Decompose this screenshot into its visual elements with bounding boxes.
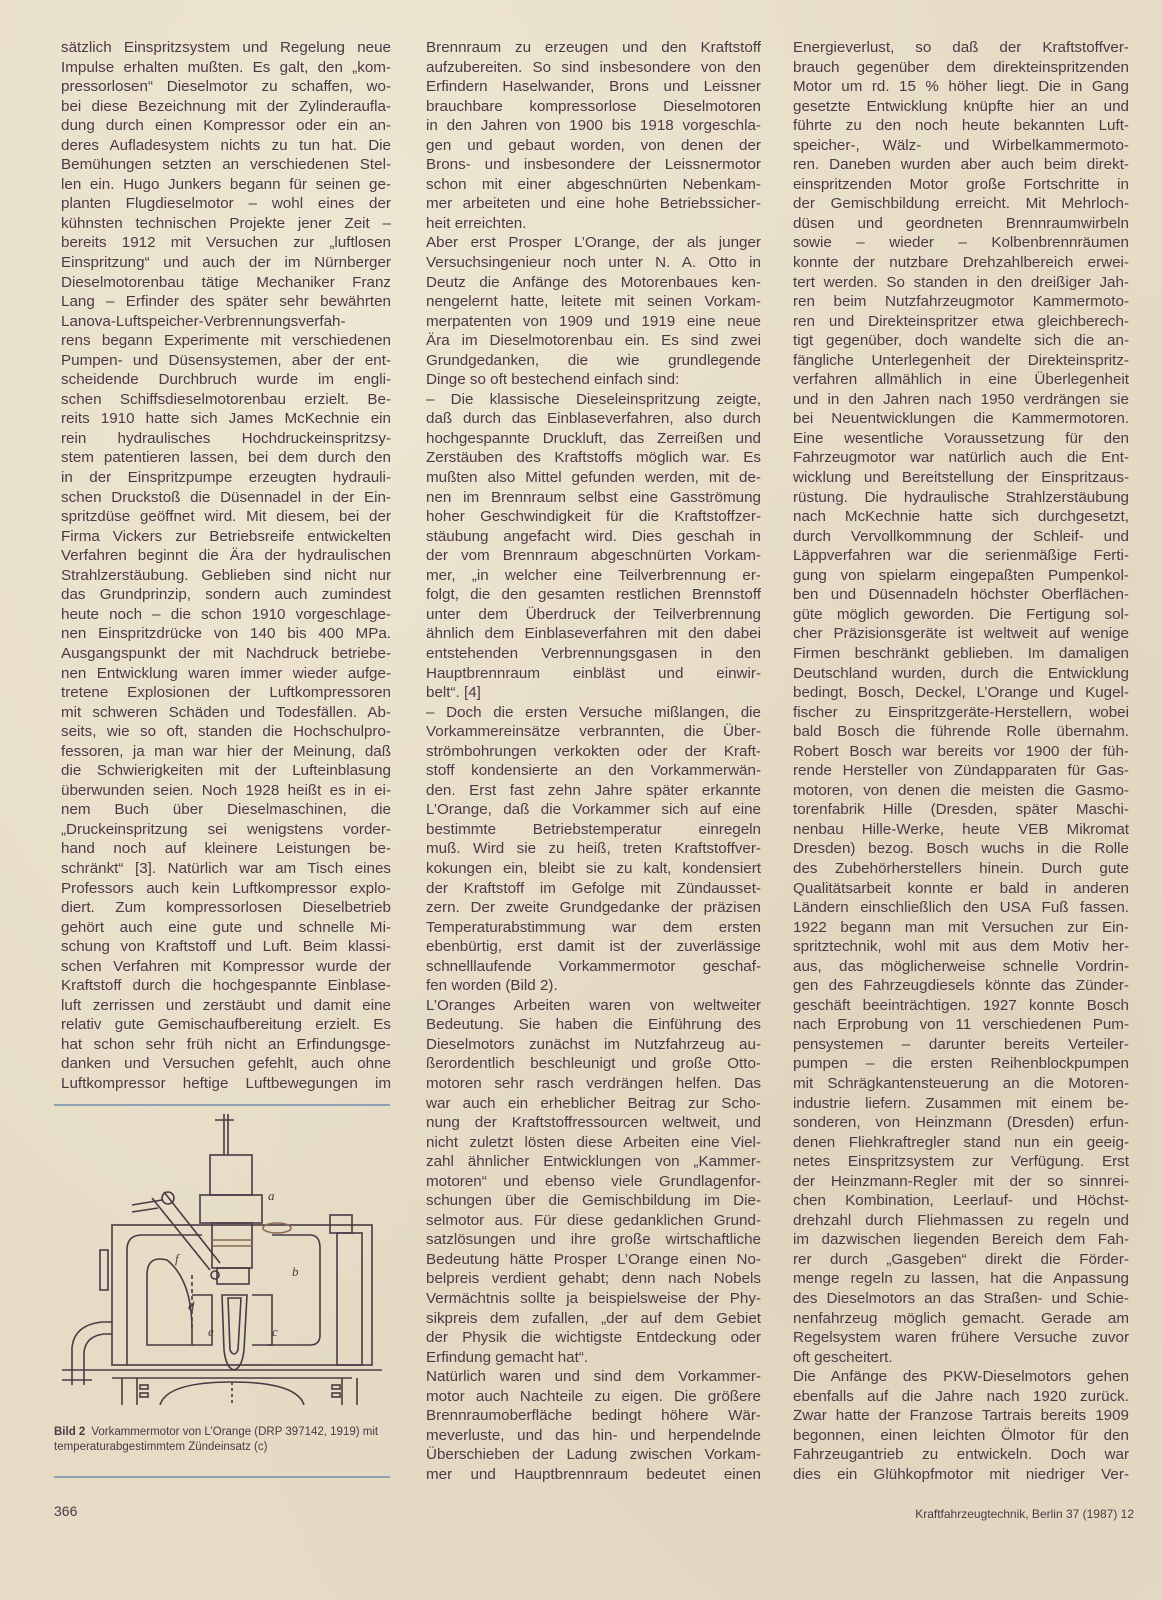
text-line: einspritzenden Motor große Fortschritte …: [793, 175, 1129, 195]
text-line: strömbohrungen verkokten oder der Kraft-: [426, 742, 761, 762]
text-line: brauch gegenüber dem direkteinspritzende…: [793, 58, 1129, 78]
text-line: tert werden. So standen in den dreißiger…: [793, 273, 1129, 293]
text-line: konnte der nutzbare Drehzahlbereich erwe…: [793, 253, 1129, 273]
text-line: war auch ein erheblicher Beitrag zur Sch…: [426, 1094, 761, 1114]
figure-label-c: c: [272, 1324, 278, 1339]
text-line: nen Entwicklung waren immer wieder aufge…: [61, 664, 391, 684]
text-line: unter dem Überdruck der Teilverbrennung: [426, 605, 761, 625]
text-line: Grundgedanken, die wie grundlegende: [426, 351, 761, 371]
text-line: der Kraftstoff im Gefolge mit Zündausset…: [426, 879, 761, 899]
text-line: schen Druckstoß die Düsennadel in der Ei…: [61, 488, 391, 508]
text-line: Motor um rd. 15 % höher liegt. Die in Ga…: [793, 77, 1129, 97]
text-line: tigt gegenüber, doch wandelte sich die a…: [793, 331, 1129, 351]
text-line: Aber erst Prosper L’Orange, der als jung…: [426, 233, 761, 253]
text-line: Die Anfänge des PKW-Dieselmotors gehen: [793, 1367, 1129, 1387]
text-line: Firma Vickers zur Betriebsreife entwicke…: [61, 527, 391, 547]
text-line: reits 1910 hatte sich James McKechnie ei…: [61, 409, 391, 429]
text-line: düsen und geordneten Brennraumwirbeln: [793, 214, 1129, 234]
text-line: kühnsten technischen Projekte jener Zeit…: [61, 214, 391, 234]
text-line: Ländern einschließlich den USA Fuß fasse…: [793, 898, 1129, 918]
text-line: und in den Jahren nach 1950 verdrängen s…: [793, 390, 1129, 410]
text-line: fängliche Unterlegenheit der Direkteinsp…: [793, 351, 1129, 371]
text-line: nach Erprobung von 11 verschiedenen Pum-: [793, 1015, 1129, 1035]
text-line: zern. Der zweite Grundgedanke der präzis…: [426, 898, 761, 918]
text-line: rüstung. Die hydraulische Strahlzerstäub…: [793, 488, 1129, 508]
text-line: pensystemen – darunter bereits Verteiler…: [793, 1035, 1129, 1055]
text-line: dung durch einen Kompressor oder ein an-: [61, 116, 391, 136]
text-line: mit schweren Schäden und Todesfällen. Ab…: [61, 703, 391, 723]
text-line: schung von Kraftstoff und Luft. Beim kla…: [61, 937, 391, 957]
text-line: Brennraumoberfläche bedingt höhere Wär-: [426, 1406, 761, 1426]
text-line: stoff kondensierte an den Vorkammerwän-: [426, 761, 761, 781]
text-line: selmotor aus. Für diese gedanklichen Gru…: [426, 1211, 761, 1231]
text-line: menge regeln zu lassen, hat die Anpassun…: [793, 1269, 1129, 1289]
text-line: ren beim Nutzfahrzeugmotor Kammermoto-: [793, 292, 1129, 312]
text-line: 1922 begann man mit Versuchen zur Ein-: [793, 918, 1129, 938]
text-line: Fahrzeugantrieb zu entwickeln. Doch war: [793, 1445, 1129, 1465]
text-line: nicht zuletzt lösten diese Arbeiten eine…: [426, 1133, 761, 1153]
text-line: Hauptbrennraum einbläst und einwir-: [426, 664, 761, 684]
text-line: Dinge so oft bestechend einfach sind:: [426, 370, 761, 390]
text-line: cher Präzisionsgeräte ist weltweit auf w…: [793, 624, 1129, 644]
text-line: Impulse erhalten mußten. Es galt, den „k…: [61, 58, 391, 78]
text-line: L’Orange, daß die Vorkammer sich auf ein…: [426, 800, 761, 820]
text-line: motor auch Nachteile zu eigen. Die größe…: [426, 1387, 761, 1407]
text-line: fischer zu Einspritzgeräte-Herstellern, …: [793, 703, 1129, 723]
text-line: den. Erst fast zehn Jahre später erkannt…: [426, 781, 761, 801]
text-line: aus, das möglicherweise schnelle Vordrin…: [793, 957, 1129, 977]
text-line: stäubung angefacht wird. Dies geschah in: [426, 527, 761, 547]
text-line: – Die klassische Dieseleinspritzung zeig…: [426, 390, 761, 410]
text-line: Eine wesentliche Voraussetzung für den: [793, 429, 1129, 449]
text-line: führte zu den noch heute bekannten Luft-: [793, 116, 1129, 136]
engine-cross-section-drawing: a b c d e f: [52, 1100, 392, 1405]
text-line: Natürlich waren und sind dem Vorkammer-: [426, 1367, 761, 1387]
text-line: schen Verfahren mit Kompressor wurde der: [61, 957, 391, 977]
text-line: ebenfalls auf die Jahre nach 1920 zurück…: [793, 1387, 1129, 1407]
text-line: pressorlosen“ Dieselmotor zu schaffen, w…: [61, 77, 391, 97]
text-line: Professors auch kein Luftkompressor expl…: [61, 879, 391, 899]
text-line: muß. Wird sie zu heiß, treten Kraftstoff…: [426, 839, 761, 859]
figure-caption-label: Bild 2: [54, 1426, 85, 1438]
text-line: mußten also Mittel gefunden werden, mit …: [426, 468, 761, 488]
text-line: rein hydraulisches Hochdruckeinspritzsy-: [61, 429, 391, 449]
text-line: ähnlich dem Einblaseverfahren mit den da…: [426, 624, 761, 644]
text-line: mer, „in welcher eine Teilverbrennung er…: [426, 566, 761, 586]
figure-caption-text: Vorkammermotor von L’Orange (DRP 397142,…: [54, 1426, 378, 1453]
text-line: gen und gebaut worden, von denen der: [426, 136, 761, 156]
figure-label-f: f: [175, 1251, 181, 1266]
text-line: chen Kombination, Leerlauf- und Höchst-: [793, 1191, 1129, 1211]
text-line: merpatenten von 1909 und 1919 eine neue: [426, 312, 761, 332]
text-line: schränkt“ [3]. Natürlich war am Tisch ei…: [61, 859, 391, 879]
text-line: kokungen ein, bleibt sie zu kalt, konden…: [426, 859, 761, 879]
text-line: Qualitätsarbeit konnte er bald in andere…: [793, 879, 1129, 899]
text-line: der vom Brennraum abgeschnürten Vorkam-: [426, 546, 761, 566]
text-line: schen Schiffsdieselmotorenbau erzielt. B…: [61, 390, 391, 410]
text-line: torenfabrik Hille (Dresden, später Masch…: [793, 800, 1129, 820]
text-line: Überschieben der Ladung zwischen Vorkam-: [426, 1445, 761, 1465]
text-line: Energieverlust, so daß der Kraftstoffver…: [793, 38, 1129, 58]
figure-label-a: a: [268, 1188, 275, 1203]
text-line: Regelsystem waren frühere Versuche zuvor: [793, 1328, 1129, 1348]
text-line: aufzubereiten. So sind insbesondere von …: [426, 58, 761, 78]
text-line: verfahren allmählich in eine Überlegenhe…: [793, 370, 1129, 390]
text-line: der Physik die wichtigste Entdeckung ode…: [426, 1328, 761, 1348]
text-line: des Zubehörherstellers hinein. Durch gut…: [793, 859, 1129, 879]
text-line: güte möglich geworden. Die Fertigung sol…: [793, 605, 1129, 625]
text-line: rende Hersteller von Zündapparaten für G…: [793, 761, 1129, 781]
text-line: ebenbürtig, erst damit ist der zuverläss…: [426, 937, 761, 957]
text-line: gen des Fahrzeugdiesels könnte das Zünde…: [793, 976, 1129, 996]
text-column-2: Brennraum zu erzeugen und den Kraftstoff…: [426, 38, 761, 1484]
text-line: daß durch das Einblaseverfahren, also du…: [426, 409, 761, 429]
text-line: Erfindern Haselwander, Brons und Leissne…: [426, 77, 761, 97]
text-line: Bemühungen setzten an verschiedenen Stel…: [61, 155, 391, 175]
figure-prechamber-engine-diagram: a b c d e f: [52, 1100, 392, 1405]
text-line: planten Flugdieselmotor – wohl eines der: [61, 194, 391, 214]
text-line: nung der Kraftstoffressourcen weltweit, …: [426, 1113, 761, 1133]
text-line: durch Vervollkommnung der Schleif- und: [793, 527, 1129, 547]
text-line: ben und Düsennadeln höchster Oberflächen…: [793, 585, 1129, 605]
text-line: schnelllaufende Vorkammermotor geschaf-: [426, 957, 761, 977]
text-line: der Heinzmann-Regler mit der so sinnrei-: [793, 1172, 1129, 1192]
text-line: bei Neuentwicklungen die Kammermotoren.: [793, 409, 1129, 429]
text-line: wicklung und Bereitstellung der Einsprit…: [793, 468, 1129, 488]
text-line: nen im Brennraum selbst eine Gasströmung: [426, 488, 761, 508]
text-line: bald Bosch die führende Rolle übernahm.: [793, 722, 1129, 742]
figure-caption: Bild 2Vorkammermotor von L’Orange (DRP 3…: [54, 1425, 390, 1455]
text-column-3: Energieverlust, so daß der Kraftstoffver…: [793, 38, 1129, 1484]
text-line: rer durch „Gasgeben“ direkt die Förder-: [793, 1250, 1129, 1270]
text-line: rens begann Experimente mit verschiedene…: [61, 331, 391, 351]
text-line: relativ gute Gemischaufbereitung erzielt…: [61, 1015, 391, 1035]
text-line: dies ein Glühkopfmotor mit niedriger Ver…: [793, 1465, 1129, 1485]
text-line: diert. Zum kompressorlosen Dieselbetrieb: [61, 898, 391, 918]
text-line: ßerordentlich beschleunigt und große Ott…: [426, 1054, 761, 1074]
text-line: denen Fliehkraftregler stand nun ein gee…: [793, 1133, 1129, 1153]
text-line: bei diese Bezeichnung mit der Zylinderau…: [61, 97, 391, 117]
text-line: Deutz die Anfänge des Motorenbaues ken-: [426, 273, 761, 293]
text-line: Firmen beschränkt geblieben. Im damalige…: [793, 644, 1129, 664]
text-line: spritztechnik, wohl mit aus dem Motiv he…: [793, 937, 1129, 957]
text-line: begonnen, einen leichten Ölmotor für den: [793, 1426, 1129, 1446]
text-line: die Schwierigkeiten mit der Lufteinblasu…: [61, 761, 391, 781]
text-line: Robert Bosch war bereits vor 1900 der fü…: [793, 742, 1129, 762]
text-line: spritzdüse geöffnet wird. Mit diesem, be…: [61, 507, 391, 527]
text-line: nengelernt hatte, leitete mit seinen Vor…: [426, 292, 761, 312]
text-line: nen Einspritzdrücke von 140 bis 400 MPa.: [61, 624, 391, 644]
text-line: motoren sehr rasch verdrängen helfen. Da…: [426, 1074, 761, 1094]
text-line: industrie liefern. Zusammen mit einem be…: [793, 1094, 1129, 1114]
text-line: Vorkammereinsätze verbrannten, die Über-: [426, 722, 761, 742]
text-line: speicher-, Wälz- und Wirbelkammermoto-: [793, 136, 1129, 156]
text-line: meverluste, und das hin- und herpendelnd…: [426, 1426, 761, 1446]
text-line: ren. Daneben wurden aber auch beim direk…: [793, 155, 1129, 175]
text-line: mer und Hauptbrennraum bedeutet einen: [426, 1465, 761, 1485]
text-line: in den Jahren von 1900 bis 1918 vorgesch…: [426, 116, 761, 136]
text-line: sonderen, von Heinzmann (Dresden) erfun-: [793, 1113, 1129, 1133]
magazine-page: sätzlich Einspritzsystem und Regelung ne…: [0, 0, 1162, 1600]
text-line: Strahlzerstäubung. Geblieben sind nicht …: [61, 566, 391, 586]
text-line: hoher Geschwindigkeit für die Kraftstoff…: [426, 507, 761, 527]
text-line: ren und Direkteinspritzer etwa gleichber…: [793, 312, 1129, 332]
text-line: heute noch – die schon 1910 vorgeschlage…: [61, 605, 391, 625]
text-line: pumpen – die ersten Reihenblockpumpen: [793, 1054, 1129, 1074]
page-number: 366: [54, 1503, 77, 1519]
text-line: zahl ähnlicher Entwicklungen von „Kammer…: [426, 1152, 761, 1172]
text-line: heit erreichten.: [426, 214, 761, 234]
text-line: Dieselmotors zunächst im Nutzfahrzeug au…: [426, 1035, 761, 1055]
text-line: Dieselmotorenbau tätige Mechaniker Franz: [61, 273, 391, 293]
text-line: Läppverfahren war die serienmäßige Ferti…: [793, 546, 1129, 566]
text-line: Fahrzeugmotor war natürlich auch die Ent…: [793, 448, 1129, 468]
text-line: brauchbare kompressorlose Dieselmotoren: [426, 97, 761, 117]
text-line: der Gemischbildung erreicht. Mit Mehrloc…: [793, 194, 1129, 214]
text-line: drehzahl durch Fliehmassen zu regeln und: [793, 1211, 1129, 1231]
text-line: schon mit einer abgeschnürten Nebenkam-: [426, 175, 761, 195]
text-line: Temperaturabstimmung war dem ersten: [426, 918, 761, 938]
text-line: Ausgangspunkt der mit Nachdruck betriebe…: [61, 644, 391, 664]
text-line: Einspritzung“ und auch der im Nürnberger: [61, 253, 391, 273]
text-line: Dresden) bezog. Bosch wuchs in die Rolle: [793, 839, 1129, 859]
text-line: Erfindung gemacht hat“.: [426, 1348, 761, 1368]
text-line: luft zerrissen und zerstäubt und damit e…: [61, 996, 391, 1016]
text-line: Brons- und insbesondere der Leissnermoto…: [426, 155, 761, 175]
text-line: oft gescheitert.: [793, 1348, 1129, 1368]
text-line: Lang – Erfinder des später sehr bewährte…: [61, 292, 391, 312]
text-line: folgt, die den gesamten restlichen Brenn…: [426, 585, 761, 605]
text-line: hochgespannte Druckluft, das Zerreißen u…: [426, 429, 761, 449]
text-line: Vermächtnis sollte ja beispielsweise der…: [426, 1289, 761, 1309]
text-line: geschäft beeinträchtigen. 1927 konnte Bo…: [793, 996, 1129, 1016]
text-line: bereits 1912 mit Versuchen zur „luftlose…: [61, 233, 391, 253]
text-line: „Druckeinspritzung sei wenigstens vorder…: [61, 820, 391, 840]
journal-citation: Kraftfahrzeugtechnik, Berlin 37 (1987) 1…: [915, 1507, 1134, 1521]
text-line: fessoren, ja man war hier der Meinung, d…: [61, 742, 391, 762]
text-line: Pumpen- und Düsensystemen, aber der ent-: [61, 351, 391, 371]
text-line: Luftkompressor heftige Luftbewegungen im: [61, 1074, 391, 1094]
text-line: motoren“ und ebenso viele Grundlagenfor-: [426, 1172, 761, 1192]
text-line: bedingt, Bosch, Deckel, L’Orange und Kug…: [793, 683, 1129, 703]
text-line: Deutschland wurden, durch die Entwicklun…: [793, 664, 1129, 684]
text-line: seits, wie so oft, standen die Hochschul…: [61, 722, 391, 742]
text-line: Zerstäuben des Kraftstoffs möglich war. …: [426, 448, 761, 468]
text-line: satzlösungen und ihre große wirtschaftli…: [426, 1230, 761, 1250]
text-line: scheidende Durchbruch wurde im engli-: [61, 370, 391, 390]
text-line: Versuchsingenieur noch unter N. A. Otto …: [426, 253, 761, 273]
text-line: danken und Versuchen gefehlt, auch ohne: [61, 1054, 391, 1074]
text-line: gehört auch eine gute und schnelle Mi-: [61, 918, 391, 938]
text-line: im dazwischen liegenden Bereich dem Fah-: [793, 1230, 1129, 1250]
text-line: des Dieselmotors an das Straßen- und Sch…: [793, 1289, 1129, 1309]
text-line: mer arbeiteten und eine hohe Betriebssic…: [426, 194, 761, 214]
text-line: tretene Explosionen der Luftkompressoren: [61, 683, 391, 703]
figure-label-d: d: [188, 1298, 195, 1313]
text-line: nenfahrzeug möglich gemacht. Gerade am: [793, 1309, 1129, 1329]
text-line: Bedeutung hätte Prosper L’Orange einen N…: [426, 1250, 761, 1270]
text-line: Ära im Dieselmotorenbau ein. Es sind zwe…: [426, 331, 761, 351]
text-line: motoren, von denen die meisten die Gasmo…: [793, 781, 1129, 801]
text-line: Lanova-Luftspeicher-Verbrennungsverfah-: [61, 312, 391, 332]
text-line: entstehenden Verbrennungsgasen in den: [426, 644, 761, 664]
text-line: Verfahren beginnt die Ära der hydraulisc…: [61, 546, 391, 566]
text-line: gesetzte Entwicklung knüpfte hier an und: [793, 97, 1129, 117]
figure-label-b: b: [292, 1264, 299, 1279]
text-line: fen worden (Bild 2).: [426, 976, 761, 996]
text-line: stem patentieren lassen, bei dem durch d…: [61, 448, 391, 468]
text-line: sätzlich Einspritzsystem und Regelung ne…: [61, 38, 391, 58]
text-line: gung von spielarm eingepaßten Pumpenkol-: [793, 566, 1129, 586]
text-line: das Grundprinzip, sondern auch zumindest: [61, 585, 391, 605]
text-column-1: sätzlich Einspritzsystem und Regelung ne…: [61, 38, 391, 1094]
text-line: Zwar hatte der Franzose Tartrais bereits…: [793, 1406, 1129, 1426]
text-line: mit Schrägkantensteuerung an die Motoren…: [793, 1074, 1129, 1094]
text-line: nach McKechnie hatte sich durchgesetzt,: [793, 507, 1129, 527]
text-line: überwunden seien. Noch 1928 heißt es in …: [61, 781, 391, 801]
text-line: L’Oranges Arbeiten waren von weltweiter: [426, 996, 761, 1016]
text-line: len ein. Hugo Junkers begann für seinen …: [61, 175, 391, 195]
text-line: hand noch auf kleinere Leistungen be-: [61, 839, 391, 859]
text-line: belpreis verdient gehabt; denn nach Nobe…: [426, 1269, 761, 1289]
text-line: nem Buch über Dieselmaschinen, die: [61, 800, 391, 820]
figure-label-e: e: [208, 1324, 214, 1339]
text-line: bestimmte Betriebstemperatur einregeln: [426, 820, 761, 840]
text-line: Brennraum zu erzeugen und den Kraftstoff: [426, 38, 761, 58]
text-line: nenbau Hille-Werke, heute VEB Mikromat: [793, 820, 1129, 840]
text-line: in der Einspritzpumpe erzeugten hydrauli…: [61, 468, 391, 488]
text-line: sikpreis dem zufallen, „der auf dem Gebi…: [426, 1309, 761, 1329]
text-line: Kraftstoff durch die hochgespannte Einbl…: [61, 976, 391, 996]
figure-bottom-rule: [54, 1476, 390, 1478]
text-line: netes Einspritzsystem zur Verfügung. Ers…: [793, 1152, 1129, 1172]
text-line: schungen über die Gemischbildung im Die-: [426, 1191, 761, 1211]
text-line: – Doch die ersten Versuche mißlangen, di…: [426, 703, 761, 723]
text-line: Bedeutung. Sie haben die Einführung des: [426, 1015, 761, 1035]
text-line: hat schon sehr früh nicht an Erfindungsg…: [61, 1035, 391, 1055]
text-line: sowie – wieder – Kolbenbrennräumen: [793, 233, 1129, 253]
text-line: deres Aufladesystem nichts zu tun hat. D…: [61, 136, 391, 156]
text-line: belt“. [4]: [426, 683, 761, 703]
